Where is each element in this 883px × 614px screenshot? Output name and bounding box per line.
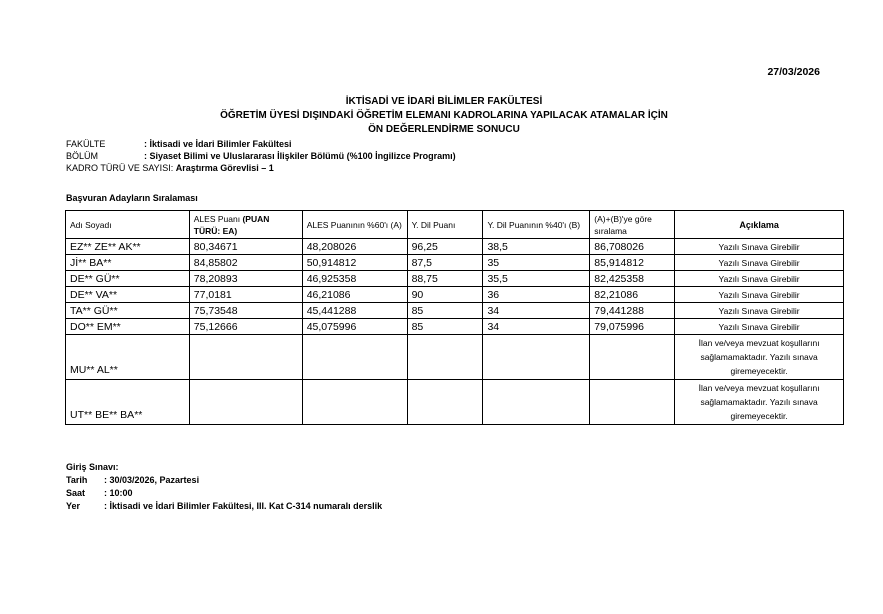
ales-60: 46,21086	[302, 287, 407, 303]
exam-place-value: : İktisadi ve İdari Bilimler Fakültesi, …	[104, 500, 382, 513]
candidate-name: DE** GÜ**	[66, 271, 190, 287]
language-40: 36	[483, 287, 590, 303]
entrance-exam-info: Giriş Sınavı: Tarih : 30/03/2026, Pazart…	[66, 461, 382, 513]
exam-time-value: : 10:00	[104, 487, 133, 500]
header-total: (A)+(B)'ye göre sıralama	[590, 211, 675, 239]
note: Yazılı Sınava Girebilir	[675, 255, 844, 271]
table-row: DO** EM**75,1266645,075996853479,075996Y…	[66, 319, 844, 335]
candidate-name: MU** AL**	[66, 335, 190, 380]
empty-cell	[590, 335, 675, 380]
ales-60: 48,208026	[302, 239, 407, 255]
language-40: 35	[483, 255, 590, 271]
language-40: 38,5	[483, 239, 590, 255]
note: Yazılı Sınava Girebilir	[675, 239, 844, 255]
language-score: 96,25	[407, 239, 483, 255]
candidate-name: EZ** ZE** AK**	[66, 239, 190, 255]
note: İlan ve/veya mevzuat koşullarını sağlama…	[675, 380, 844, 425]
faculty-value: : İktisadi ve İdari Bilimler Fakültesi	[144, 138, 292, 150]
total-score: 86,708026	[590, 239, 675, 255]
empty-cell	[483, 335, 590, 380]
empty-cell	[302, 335, 407, 380]
header-note: Açıklama	[675, 211, 844, 239]
cadre-label: KADRO TÜRÜ VE SAYISI:	[66, 162, 176, 174]
note: İlan ve/veya mevzuat koşullarını sağlama…	[675, 335, 844, 380]
language-score: 88,75	[407, 271, 483, 287]
language-score: 87,5	[407, 255, 483, 271]
empty-cell	[590, 380, 675, 425]
document-date: 27/03/2026	[767, 66, 820, 78]
ales-score: 75,12666	[189, 319, 302, 335]
ales-score: 78,20893	[189, 271, 302, 287]
ales-60: 45,441288	[302, 303, 407, 319]
empty-cell	[189, 380, 302, 425]
candidate-name: UT** BE** BA**	[66, 380, 190, 425]
total-score: 85,914812	[590, 255, 675, 271]
faculty-title: İKTİSADİ VE İDARİ BİLİMLER FAKÜLTESİ	[0, 95, 883, 109]
total-score: 82,425358	[590, 271, 675, 287]
cadre-info: FAKÜLTE : İktisadi ve İdari Bilimler Fak…	[66, 138, 456, 174]
note: Yazılı Sınava Girebilir	[675, 271, 844, 287]
header-ales-60: ALES Puanının %60'ı (A)	[302, 211, 407, 239]
total-score: 79,441288	[590, 303, 675, 319]
table-row: UT** BE** BA**İlan ve/veya mevzuat koşul…	[66, 380, 844, 425]
exam-date-value: : 30/03/2026, Pazartesi	[104, 474, 199, 487]
total-score: 82,21086	[590, 287, 675, 303]
ales-60: 46,925358	[302, 271, 407, 287]
language-40: 35,5	[483, 271, 590, 287]
ales-60: 50,914812	[302, 255, 407, 271]
note: Yazılı Sınava Girebilir	[675, 287, 844, 303]
cadre-value: Araştırma Görevlisi – 1	[176, 162, 274, 174]
department-label: BÖLÜM	[66, 150, 144, 162]
language-40: 34	[483, 319, 590, 335]
table-row: DE** GÜ**78,2089346,92535888,7535,582,42…	[66, 271, 844, 287]
exam-date-label: Tarih	[66, 474, 104, 487]
empty-cell	[189, 335, 302, 380]
candidate-name: TA** GÜ**	[66, 303, 190, 319]
document-result-title: ÖN DEĞERLENDİRME SONUCU	[0, 123, 883, 137]
empty-cell	[407, 335, 483, 380]
note: Yazılı Sınava Girebilir	[675, 303, 844, 319]
language-score: 90	[407, 287, 483, 303]
empty-cell	[302, 380, 407, 425]
header-language-40: Y. Dil Puanının %40'ı (B)	[483, 211, 590, 239]
ales-score: 77,0181	[189, 287, 302, 303]
table-row: DE** VA**77,018146,21086903682,21086Yazı…	[66, 287, 844, 303]
department-value: : Siyaset Bilimi ve Uluslararası İlişkil…	[144, 150, 456, 162]
ales-score: 80,34671	[189, 239, 302, 255]
header-ales: ALES Puanı (PUAN TÜRÜ: EA)	[189, 211, 302, 239]
ales-score: 84,85802	[189, 255, 302, 271]
note: Yazılı Sınava Girebilir	[675, 319, 844, 335]
exam-title: Giriş Sınavı:	[66, 461, 382, 474]
ales-60: 45,075996	[302, 319, 407, 335]
table-row: Jİ** BA**84,8580250,91481287,53585,91481…	[66, 255, 844, 271]
faculty-label: FAKÜLTE	[66, 138, 144, 150]
language-40: 34	[483, 303, 590, 319]
table-header-row: Adı Soyadı ALES Puanı (PUAN TÜRÜ: EA) AL…	[66, 211, 844, 239]
total-score: 79,075996	[590, 319, 675, 335]
header-name: Adı Soyadı	[66, 211, 190, 239]
table-row: MU** AL**İlan ve/veya mevzuat koşulların…	[66, 335, 844, 380]
exam-time-label: Saat	[66, 487, 104, 500]
language-score: 85	[407, 303, 483, 319]
candidate-name: DE** VA**	[66, 287, 190, 303]
candidates-table: Adı Soyadı ALES Puanı (PUAN TÜRÜ: EA) AL…	[65, 210, 844, 425]
exam-place-label: Yer	[66, 500, 104, 513]
table-row: EZ** ZE** AK**80,3467148,20802696,2538,5…	[66, 239, 844, 255]
document-titles: İKTİSADİ VE İDARİ BİLİMLER FAKÜLTESİ ÖĞR…	[0, 95, 883, 137]
empty-cell	[483, 380, 590, 425]
candidate-name: Jİ** BA**	[66, 255, 190, 271]
empty-cell	[407, 380, 483, 425]
document-subject-title: ÖĞRETİM ÜYESİ DIŞINDAKİ ÖĞRETİM ELEMANI …	[0, 109, 883, 123]
table-row: TA** GÜ**75,7354845,441288853479,441288Y…	[66, 303, 844, 319]
candidate-name: DO** EM**	[66, 319, 190, 335]
table-title: Başvuran Adayların Sıralaması	[66, 193, 198, 203]
ales-score: 75,73548	[189, 303, 302, 319]
language-score: 85	[407, 319, 483, 335]
header-language: Y. Dil Puanı	[407, 211, 483, 239]
